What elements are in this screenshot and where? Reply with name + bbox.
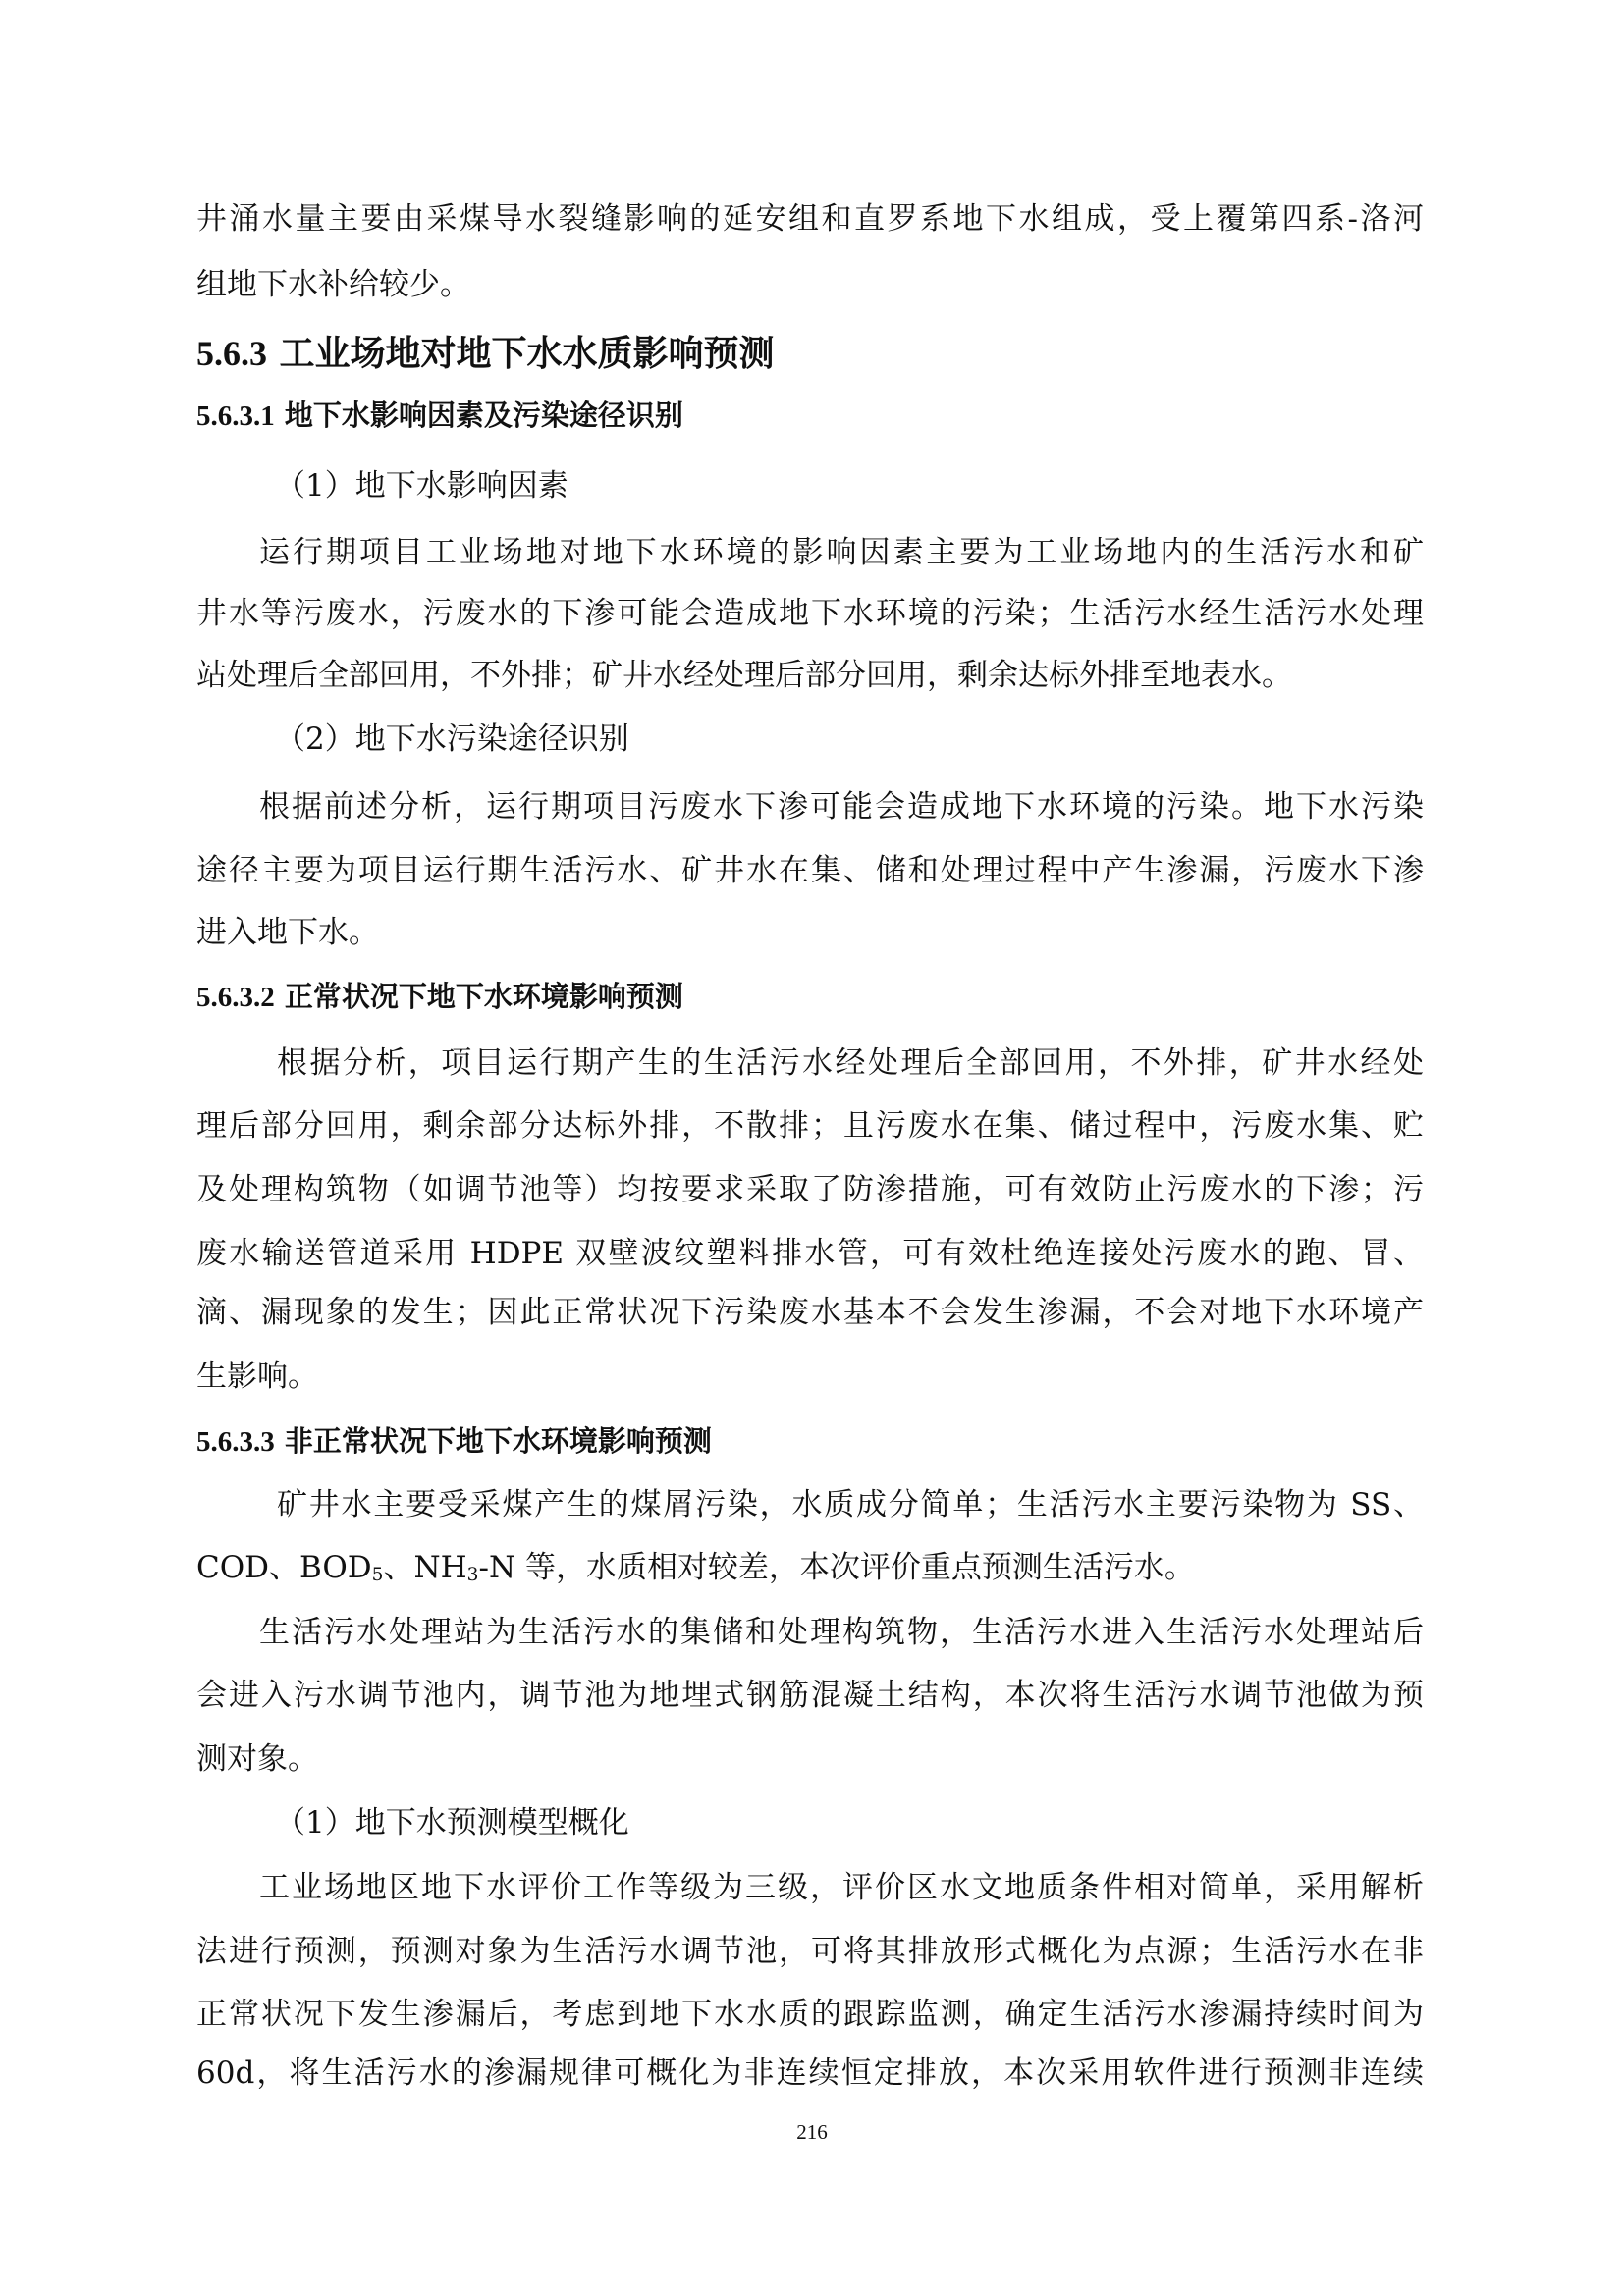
body-line: 及处理构筑物（如调节池等）均按要求采取了防渗措施，可有效防止污废水的下渗；污 <box>196 1168 1424 1211</box>
body-line: 滴、漏现象的发生；因此正常状况下污染废水基本不会发生渗漏，不会对地下水环境产 <box>196 1291 1424 1334</box>
subscript-3: 3 <box>467 1565 479 1585</box>
body-line: 进入地下水。 <box>196 911 1424 954</box>
body-line: 生活污水处理站为生活污水的集储和处理构筑物，生活污水进入生活污水处理站后 <box>259 1611 1424 1654</box>
section-number: 5.6.3 <box>196 334 267 373</box>
body-line: 正常状况下发生渗漏后，考虑到地下水水质的跟踪监测，确定生活污水渗漏持续时间为 <box>196 1993 1424 2036</box>
pollutant-rest: -N 等，水质相对较差，本次评价重点预测生活污水。 <box>478 1550 1194 1585</box>
pollutant-nh: 、NH <box>383 1550 466 1585</box>
body-line: 井涌水量主要由采煤导水裂缝影响的延安组和直罗系地下水组成，受上覆第四系-洛河 <box>196 197 1424 240</box>
page-number: 216 <box>0 2117 1624 2147</box>
section-number: 5.6.3.2 <box>196 982 275 1013</box>
body-line: 矿井水主要受采煤产生的煤屑污染，水质成分简单；生活污水主要污染物为 SS、 <box>277 1483 1424 1526</box>
subheading-model-generalization: （1）地下水预测模型概化 <box>275 1801 629 1844</box>
body-line: 测对象。 <box>196 1737 1424 1781</box>
body-line: 站处理后全部回用，不外排；矿井水经处理后部分回用，剩余达标外排至地表水。 <box>196 654 1424 697</box>
body-line: 组地下水补给较少。 <box>196 263 1424 306</box>
subscript-5: 5 <box>372 1565 384 1585</box>
body-line: 途径主要为项目运行期生活污水、矿井水在集、储和处理过程中产生渗漏，污废水下渗 <box>196 849 1424 892</box>
section-number: 5.6.3.3 <box>196 1426 275 1458</box>
subheading-pollution-pathway: （2）地下水污染途径识别 <box>275 718 629 761</box>
body-line: 根据分析，项目运行期产生的生活污水经处理后全部回用，不外排，矿井水经处 <box>277 1041 1424 1085</box>
document-page: 井涌水量主要由采煤导水裂缝影响的延安组和直罗系地下水组成，受上覆第四系-洛河 组… <box>0 0 1624 2296</box>
body-line: 运行期项目工业场地对地下水环境的影响因素主要为工业场地内的生活污水和矿 <box>259 531 1424 574</box>
body-line: 工业场地区地下水评价工作等级为三级，评价区水文地质条件相对简单，采用解析 <box>259 1866 1424 1909</box>
section-title: 工业场地对地下水水质影响预测 <box>280 334 775 374</box>
section-title: 正常状况下地下水环境影响预测 <box>285 980 683 1013</box>
section-heading-5-6-3-1: 5.6.3.1 地下水影响因素及污染途径识别 <box>196 394 683 437</box>
section-heading-5-6-3-3: 5.6.3.3 非正常状况下地下水环境影响预测 <box>196 1419 712 1463</box>
section-heading-5-6-3: 5.6.3 工业场地对地下水水质影响预测 <box>196 329 775 378</box>
body-line: 根据前述分析，运行期项目污废水下渗可能会造成地下水环境的污染。地下水污染 <box>259 785 1424 828</box>
body-line: 废水输送管道采用 HDPE 双壁波纹塑料排水管，可有效杜绝连接处污废水的跑、冒、 <box>196 1232 1424 1275</box>
body-line: 生影响。 <box>196 1355 1424 1398</box>
section-heading-5-6-3-2: 5.6.3.2 正常状况下地下水环境影响预测 <box>196 975 683 1018</box>
body-line-pollutants: COD、BOD5、NH3-N 等，水质相对较差，本次评价重点预测生活污水。 <box>196 1546 1424 1589</box>
body-line: 法进行预测，预测对象为生活污水调节池，可将其排放形式概化为点源；生活污水在非 <box>196 1930 1424 1973</box>
body-line: 井水等污废水，污废水的下渗可能会造成地下水环境的污染；生活污水经生活污水处理 <box>196 592 1424 635</box>
body-line: 理后部分回用，剩余部分达标外排，不散排；且污废水在集、储过程中，污废水集、贮 <box>196 1104 1424 1148</box>
subheading-groundwater-factors: （1）地下水影响因素 <box>275 464 568 507</box>
section-number: 5.6.3.1 <box>196 400 275 432</box>
section-title: 地下水影响因素及污染途径识别 <box>285 399 683 432</box>
body-line: 会进入污水调节池内，调节池为地埋式钢筋混凝土结构，本次将生活污水调节池做为预 <box>196 1674 1424 1717</box>
body-line: 60d，将生活污水的渗漏规律可概化为非连续恒定排放，本次采用软件进行预测非连续 <box>196 2052 1424 2095</box>
section-title: 非正常状况下地下水环境影响预测 <box>285 1424 712 1458</box>
pollutant-cod-bod: COD、BOD <box>196 1550 372 1585</box>
